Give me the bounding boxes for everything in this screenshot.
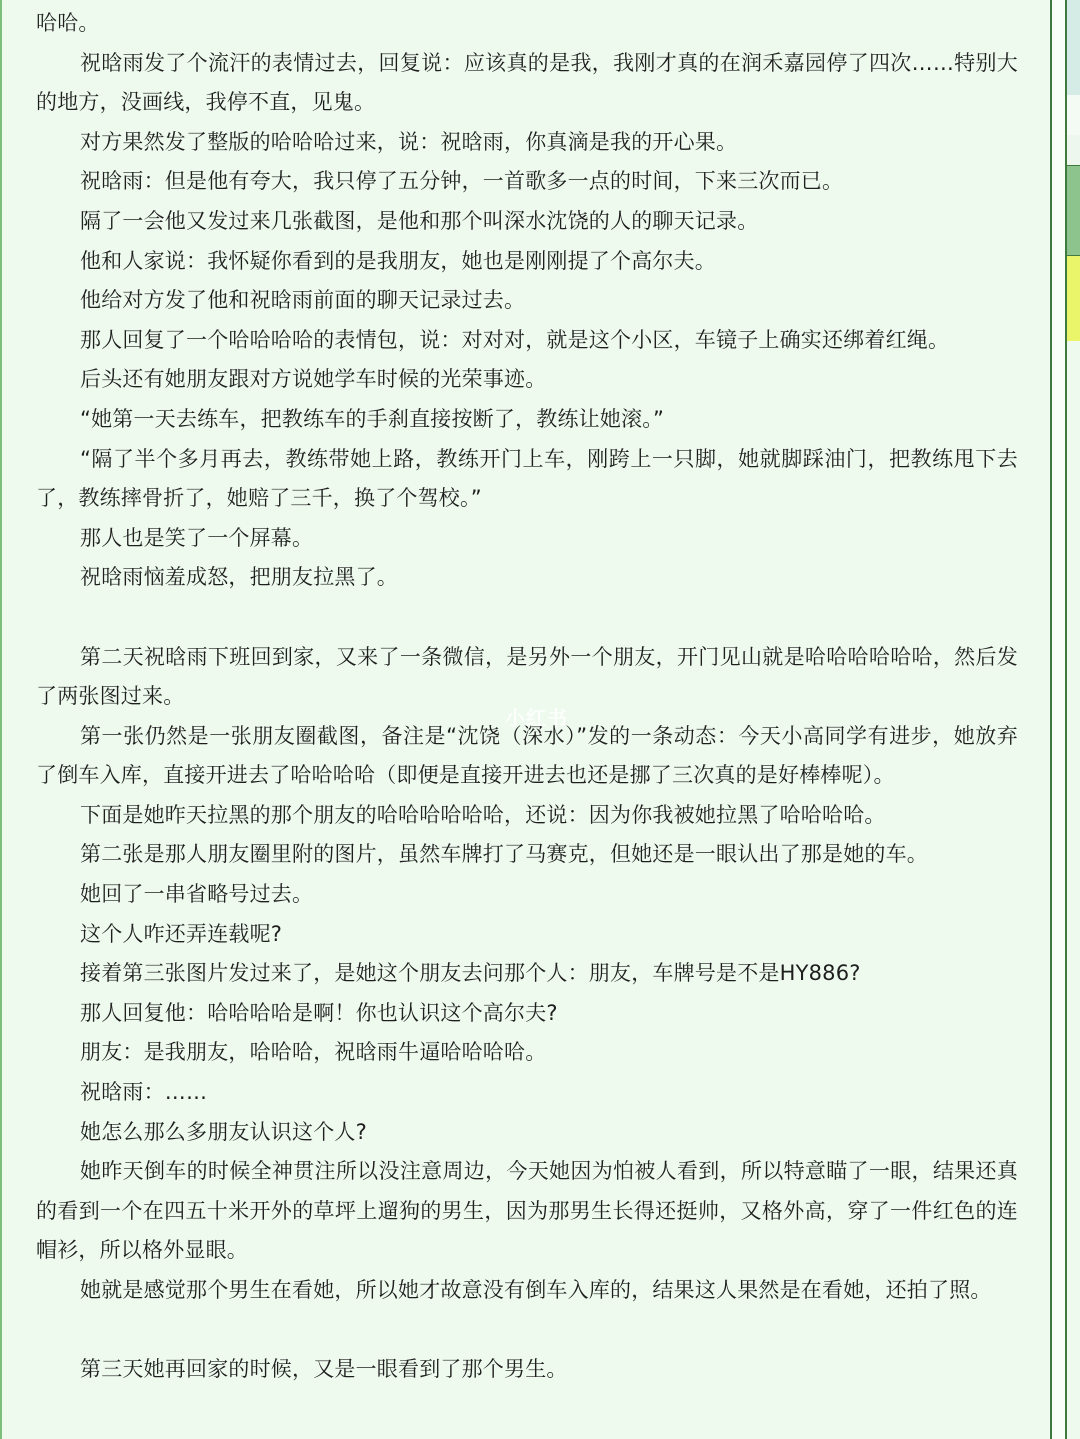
paragraph: 祝晗雨发了个流汗的表情过去，回复说：应该真的是我，我刚才真的在润禾嘉园停了四次…… <box>36 44 1018 123</box>
paragraph: 后头还有她朋友跟对方说她学车时候的光荣事迹。 <box>36 360 1018 400</box>
paragraph: 接着第三张图片发过来了，是她这个朋友去问那个人：朋友，车牌号是不是HY886? <box>36 954 1018 994</box>
paragraph: 那人回复了一个哈哈哈哈的表情包，说：对对对，就是这个小区，车镜子上确实还绑着红绳… <box>36 321 1018 361</box>
border-gap <box>1052 0 1065 1439</box>
paragraph: 祝晗雨恼羞成怒，把朋友拉黑了。 <box>36 558 1018 598</box>
adjacent-image-green-block <box>1067 165 1080 256</box>
adjacent-image-band <box>1067 95 1080 135</box>
paragraph: 他给对方发了他和祝晗雨前面的聊天记录过去。 <box>36 281 1018 321</box>
paragraph: 下面是她昨天拉黑的那个朋友的哈哈哈哈哈哈，还说：因为你我被她拉黑了哈哈哈哈。 <box>36 796 1018 836</box>
paragraph: 他和人家说：我怀疑你看到的是我朋友，她也是刚刚提了个高尔夫。 <box>36 242 1018 282</box>
paragraph: 她回了一串省略号过去。 <box>36 875 1018 915</box>
paragraph: 那人回复他：哈哈哈哈是啊！你也认识这个高尔夫? <box>36 994 1018 1034</box>
paragraph: “隔了半个多月再去，教练带她上路，教练开门上车，刚跨上一只脚，她就脚踩油门，把教… <box>36 440 1018 519</box>
paragraph: 朋友：是我朋友，哈哈哈，祝晗雨牛逼哈哈哈哈。 <box>36 1033 1018 1073</box>
paragraph: 这个人咋还弄连载呢? <box>36 915 1018 955</box>
watermark: 小红书 <box>505 702 568 731</box>
paragraph: 她就是感觉那个男生在看她，所以她才故意没有倒车入库的，结果这人果然是在看她，还拍… <box>36 1271 1018 1311</box>
paragraph-spacer <box>36 1311 1018 1351</box>
adjacent-image-yellow-block <box>1067 255 1080 341</box>
paragraph: 她怎么那么多朋友认识这个人? <box>36 1113 1018 1153</box>
paragraph-spacer <box>36 598 1018 638</box>
novel-text-body: 哈哈。 祝晗雨发了个流汗的表情过去，回复说：应该真的是我，我刚才真的在润禾嘉园停… <box>36 4 1018 1390</box>
paragraph: 对方果然发了整版的哈哈哈过来，说：祝晗雨，你真滴是我的开心果。 <box>36 123 1018 163</box>
adjacent-image-band <box>1067 135 1080 165</box>
adjacent-image-sky <box>1067 0 1080 95</box>
paragraph: 第三天她再回家的时候，又是一眼看到了那个男生。 <box>36 1350 1018 1390</box>
paragraph: 她昨天倒车的时候全神贯注所以没注意周边，今天她因为怕被人看到，所以特意瞄了一眼，… <box>36 1152 1018 1271</box>
paragraph: 那人也是笑了一个屏幕。 <box>36 519 1018 559</box>
paragraph: 哈哈。 <box>36 4 1018 44</box>
adjacent-image-strip <box>1067 0 1080 1439</box>
paragraph: 隔了一会他又发过来几张截图，是他和那个叫深水沈饶的人的聊天记录。 <box>36 202 1018 242</box>
paragraph: 祝晗雨：…… <box>36 1073 1018 1113</box>
paragraph: “她第一天去练车，把教练车的手刹直接按断了，教练让她滚。” <box>36 400 1018 440</box>
paragraph: 祝晗雨：但是他有夸大，我只停了五分钟，一首歌多一点的时间，下来三次而已。 <box>36 162 1018 202</box>
text-panel: 哈哈。 祝晗雨发了个流汗的表情过去，回复说：应该真的是我，我刚才真的在润禾嘉园停… <box>2 0 1050 1439</box>
reading-page: 哈哈。 祝晗雨发了个流汗的表情过去，回复说：应该真的是我，我刚才真的在润禾嘉园停… <box>0 0 1080 1439</box>
paragraph: 第二张是那人朋友圈里附的图片，虽然车牌打了马赛克，但她还是一眼认出了那是她的车。 <box>36 835 1018 875</box>
